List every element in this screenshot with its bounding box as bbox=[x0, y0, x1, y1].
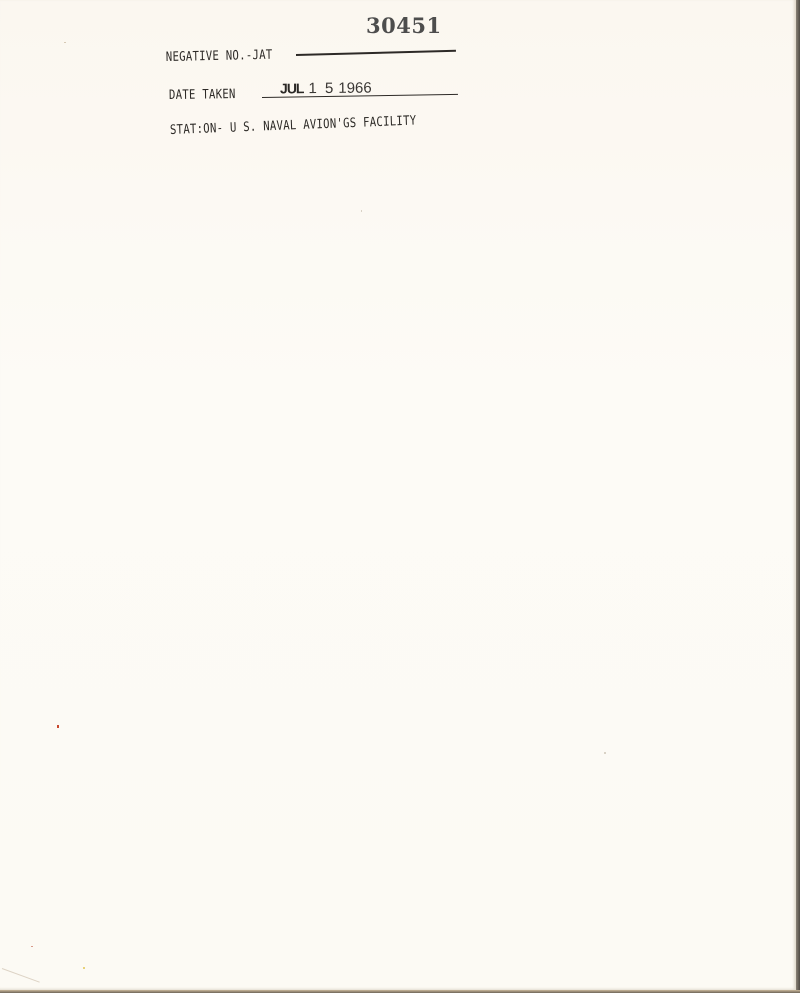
paper-edge-right bbox=[796, 0, 800, 993]
dust-speck bbox=[604, 752, 606, 754]
station-row: STAT:ON- U S. NAVAL AVION'GS FACILITY bbox=[170, 111, 471, 138]
photo-back-paper: 30451 NEGATIVE NO.-JAT DATE TAKEN JUL1 5… bbox=[0, 0, 796, 990]
date-taken-value: JUL1 51966 bbox=[280, 80, 372, 98]
date-day: 1 5 bbox=[308, 80, 335, 97]
negative-number-label: NEGATIVE NO.-JAT bbox=[166, 48, 273, 65]
negative-number-row: NEGATIVE NO.-JAT bbox=[166, 47, 296, 65]
date-year: 1966 bbox=[338, 80, 372, 97]
negative-number-blank-line bbox=[296, 50, 456, 56]
document-number-stamp: 30451 bbox=[366, 13, 442, 38]
date-month: JUL bbox=[280, 80, 304, 96]
paper-crease bbox=[2, 968, 40, 983]
dust-speck bbox=[31, 946, 33, 947]
date-taken-row: DATE TAKEN bbox=[169, 87, 250, 103]
dust-speck bbox=[64, 42, 66, 43]
date-taken-label: DATE TAKEN bbox=[169, 87, 236, 103]
station-label: STAT:ON- U S. NAVAL AVION'GS FACILITY bbox=[170, 114, 417, 138]
ink-speck bbox=[57, 725, 59, 728]
dust-speck bbox=[361, 210, 362, 212]
dust-speck bbox=[83, 967, 85, 969]
